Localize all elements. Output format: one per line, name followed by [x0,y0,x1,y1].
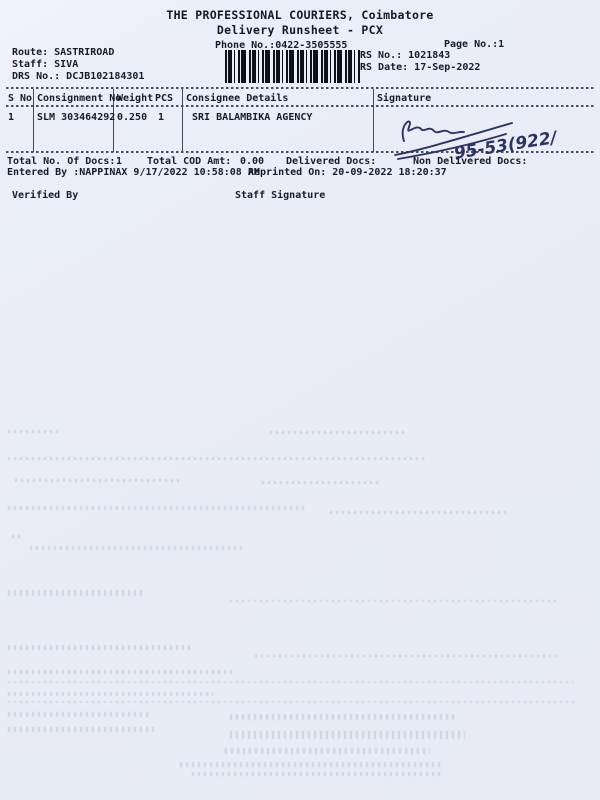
column-header-sno: S No [8,93,32,104]
bleed-through-artifact [8,701,578,703]
column-header-consignment: Consignment No [37,93,121,104]
column-divider [182,89,183,152]
non-delivered-docs-label: Non Delivered Docs: [413,156,527,167]
bleed-through-artifact [12,535,22,538]
column-header-pcs: PCS [155,93,173,104]
separator-line-header [6,105,594,107]
row-consignment: SLM 303464292 [37,112,115,123]
entered-by-line: Entered By :NAPPINAX 9/17/2022 10:58:08 … [7,167,260,178]
separator-line-top [6,87,594,89]
bleed-through-artifact [15,479,180,482]
bleed-through-artifact [255,655,560,657]
staff-field: Staff: SIVA [12,59,78,70]
rs-number-field: RS No.: 1021843 [360,50,450,61]
bleed-through-artifact [192,772,442,776]
column-header-weight: Weight [117,93,153,104]
total-cod-value: 0.00 [240,156,264,167]
total-cod-label: Total COD Amt: [147,156,231,167]
bleed-through-artifact [230,600,560,602]
scanned-delivery-runsheet: { "document": { "company": "THE PROFESSI… [0,0,600,800]
row-weight: 0.250 [117,112,147,123]
column-divider [373,89,374,152]
bleed-through-artifact [8,645,193,650]
bleed-through-artifact [8,590,143,596]
delivered-docs-label: Delivered Docs: [286,156,376,167]
row-pcs: 1 [158,112,164,123]
bleed-through-artifact [270,431,405,434]
bleed-through-artifact [30,546,245,550]
bleed-through-artifact [225,748,430,754]
route-field: Route: SASTRIROAD [12,47,114,58]
bleed-through-artifact [8,670,233,674]
page-number: Page No.:1 [444,39,504,50]
bleed-through-artifact [8,506,308,510]
bleed-through-artifact [8,681,573,683]
column-header-consignee: Consignee Details [186,93,288,104]
bleed-through-artifact [262,481,382,484]
reprinted-on-line: Reprinted On: 20-09-2022 18:20:37 [248,167,447,178]
total-docs-label: Total No. Of Docs: [7,156,115,167]
staff-signature-label: Staff Signature [235,190,325,201]
bleed-through-artifact [8,457,428,460]
bleed-through-artifact [180,762,442,767]
company-name: THE PROFESSIONAL COURIERS, Coimbatore [0,8,600,22]
column-header-signature: Signature [377,93,431,104]
row-sno: 1 [8,112,14,123]
drs-number-field: DRS No.: DCJB102184301 [12,71,144,82]
barcode [225,50,361,83]
total-docs-value: 1 [116,156,122,167]
bleed-through-artifact [8,712,148,717]
bleed-through-artifact [230,714,455,720]
column-divider [33,89,34,152]
document-title: Delivery Runsheet - PCX [0,23,600,37]
bleed-through-artifact [330,511,510,514]
bleed-through-artifact [8,430,58,433]
rs-date-field: RS Date: 17-Sep-2022 [360,62,480,73]
bleed-through-artifact [230,731,465,739]
verified-by-label: Verified By [12,190,78,201]
bleed-through-artifact [8,692,213,696]
row-consignee: SRI BALAMBIKA AGENCY [192,112,312,123]
bleed-through-artifact [8,727,158,732]
